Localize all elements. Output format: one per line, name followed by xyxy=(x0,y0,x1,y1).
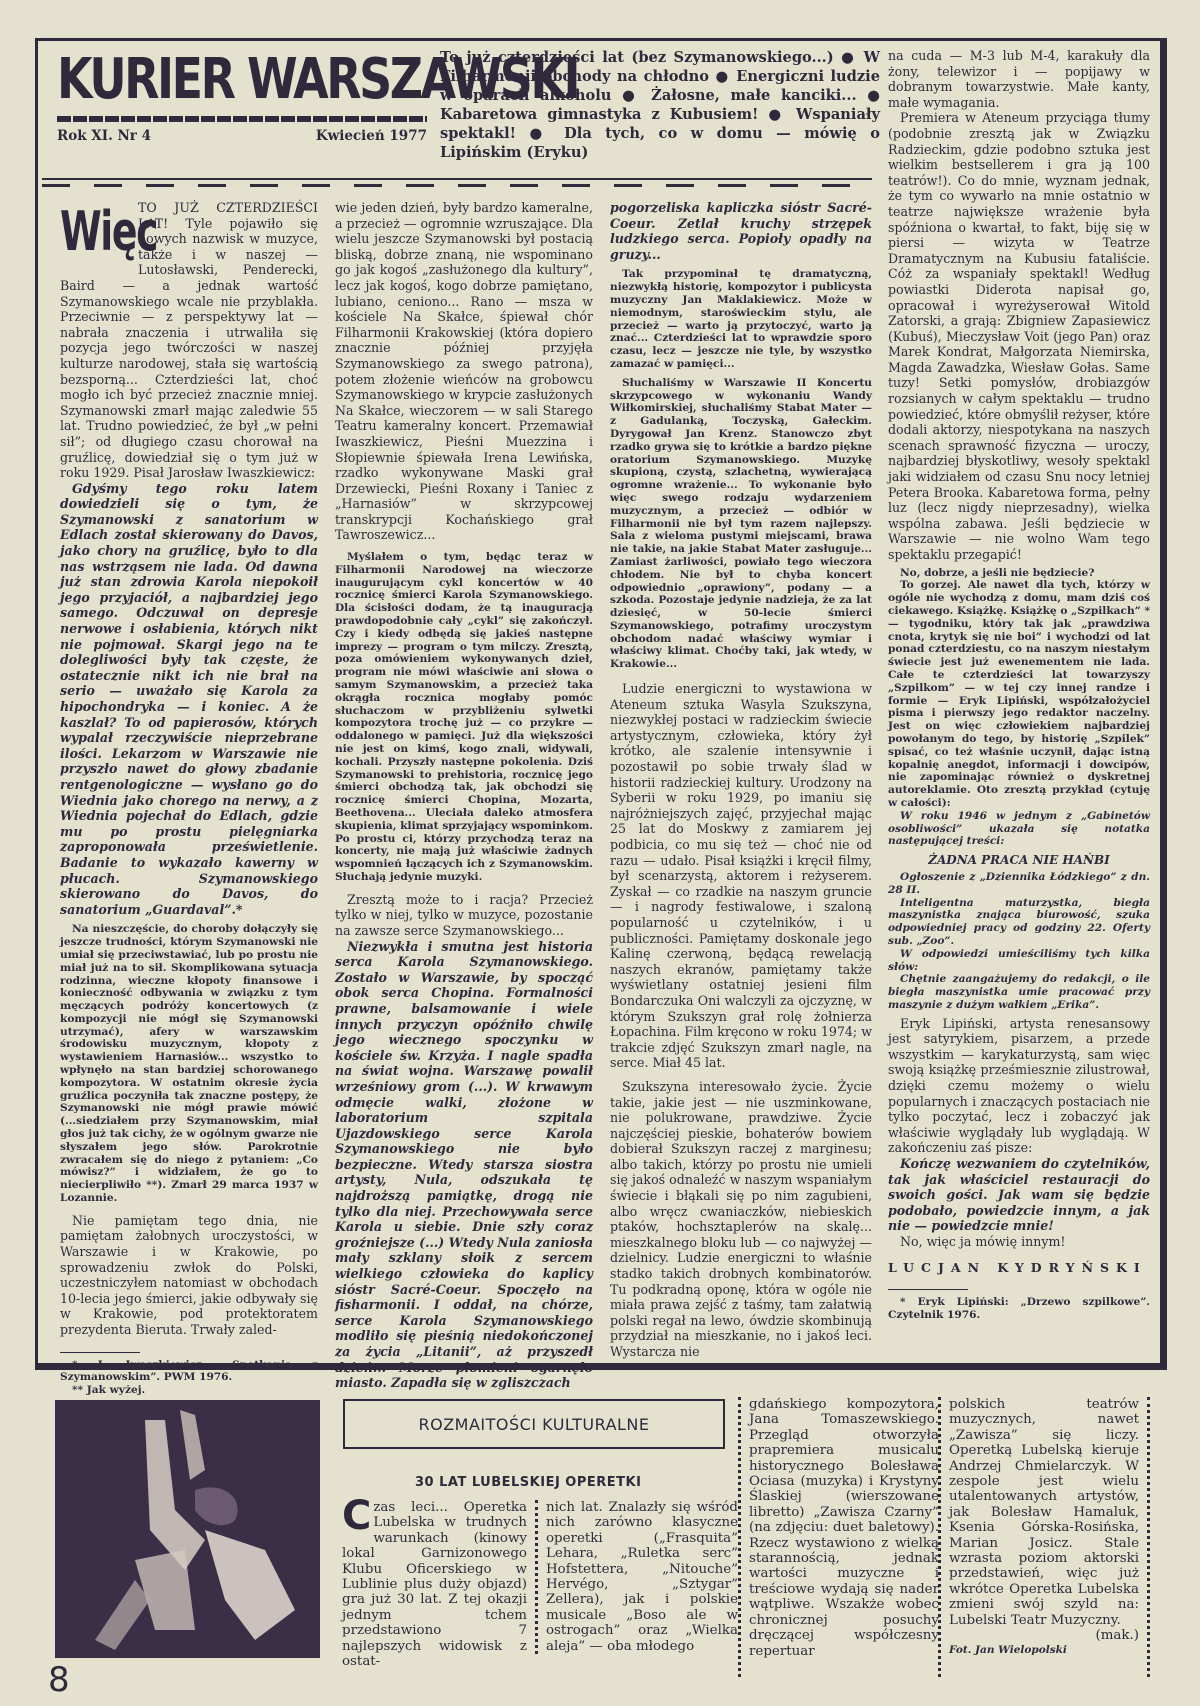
logo-underline xyxy=(57,116,427,122)
quote-small: Chętnie zaangażujemy do redakcji, o ile … xyxy=(888,973,1150,1011)
ballet-photo xyxy=(55,1400,320,1658)
issue-date: Kwiecień 1977 xyxy=(316,128,427,144)
dropcap-c: C xyxy=(342,1500,371,1532)
section-column-4: polskich teatrów muzycznych, nawet „Zawi… xyxy=(938,1397,1150,1677)
article-paragraph: Nie pamiętam tego dnia, nie pamiętam żał… xyxy=(60,1213,318,1338)
article-paragraph: na cuda — M-3 lub M-4, karakuły dla żony… xyxy=(888,48,1150,110)
section-column-2: nich lat. Znalazły się wśród nich zarówn… xyxy=(535,1500,738,1654)
author-signature: LUCJAN KYDRYŃSKI xyxy=(888,1260,1150,1276)
footnote-1: * J. Iwaszkiewicz: „Spotkania z Szymanow… xyxy=(60,1359,318,1385)
article-paragraph: wie jeden dzień, były bardzo kameralne, … xyxy=(335,200,593,543)
article-column-4: na cuda — M-3 lub M-4, karakuły dla żony… xyxy=(888,48,1150,1322)
footnote-2: ** Jak wyżej. xyxy=(60,1384,318,1397)
masthead: KURIER WARSZAWSKI Rok XI. Nr 4 Kwiecień … xyxy=(57,50,427,144)
section-column-3: gdańskiego kompozytora, Jana Tomaszewski… xyxy=(738,1397,939,1677)
section-subhead: 30 LAT LUBELSKIEJ OPERETKI xyxy=(415,1475,641,1490)
newspaper-logo: KURIER WARSZAWSKI xyxy=(57,50,360,110)
heart-story-quote-end: pogorzeliska kapliczka sióstr Sacré-Coeu… xyxy=(610,200,872,262)
footnote-rule xyxy=(888,1289,968,1290)
section-title: ROZMAITOŚCI KULTURALNE xyxy=(343,1399,725,1449)
article-paragraph: Ludzie energiczni to wystawiona w Ateneu… xyxy=(610,681,872,1071)
article-small-text: No, dobrze, a jeśli nie będziecie? xyxy=(888,567,1150,580)
iwaszkiewicz-quote: Gdyśmy tego roku latem dowiedzieli się o… xyxy=(60,481,318,918)
quote-small: W odpowiedzi umieściliśmy tych kilka słó… xyxy=(888,948,1150,974)
lipinski-quote: Kończę wezwaniem do czytelników, tak jak… xyxy=(888,1156,1150,1234)
article-paragraph: Premiera w Ateneum przyciąga tłumy (podo… xyxy=(888,110,1150,562)
article-paragraph: Szukszyna interesowało życie. Życie taki… xyxy=(610,1079,872,1360)
ballet-dancers-image xyxy=(55,1400,320,1658)
article-column-1: Więc TO JUŻ CZTERDZIEŚCI LAT! Tyle pojaw… xyxy=(60,200,318,1397)
quote-small: Ogłoszenie z „Dziennika Łódzkiego” z dn.… xyxy=(888,871,1150,897)
footnote-rule xyxy=(60,1352,140,1353)
article-paragraph: Eryk Lipiński, artysta renesansowy jest … xyxy=(888,1016,1150,1156)
quote-small: W roku 1946 w jednym z „Gabinetów osobli… xyxy=(888,810,1150,848)
issue-number: Rok XI. Nr 4 xyxy=(57,128,151,144)
article-small-text: Tak przypominał tę dramatyczną, niezwykł… xyxy=(610,268,872,370)
article-column-3: pogorzeliska kapliczka sióstr Sacré-Coeu… xyxy=(610,200,872,1360)
page-number: 8 xyxy=(48,1660,70,1700)
section-text: nich lat. Znalazły się wśród nich zarówn… xyxy=(546,1500,738,1654)
heart-story-quote: Niezwykła i smutna jest historia serca K… xyxy=(335,939,593,1391)
section-author: (mak.) xyxy=(949,1628,1139,1643)
dropcap-wiec: Więc xyxy=(60,200,109,264)
headline-summary: To już czterdzieści lat (bez Szymanowski… xyxy=(440,48,880,162)
quote-small: Inteligentna maturzystka, biegła maszyni… xyxy=(888,897,1150,948)
masthead-rule xyxy=(42,178,872,188)
article-paragraph: No, więc ja mówię innym! xyxy=(888,1234,1150,1250)
article-small-text: Słuchaliśmy w Warszawie II Koncertu skrz… xyxy=(610,377,872,671)
section-column-1: C zas leci... Operetka Lubelska w trudny… xyxy=(342,1500,527,1669)
section-text: polskich teatrów muzycznych, nawet „Zawi… xyxy=(949,1397,1139,1628)
article-small-text: Na nieszczęście, do choroby dołączyły si… xyxy=(60,923,318,1205)
footnote: * Eryk Lipiński: „Drzewo szpilkowe”. Czy… xyxy=(888,1296,1150,1322)
article-paragraph: Zresztą może to i racja? Przecież tylko … xyxy=(335,892,593,939)
quote-heading: ŻADNA PRACA NIE HAŃBI xyxy=(888,854,1150,867)
article-small-text: To gorzej. Ale nawet dla tych, którzy w … xyxy=(888,579,1150,809)
section-text: gdańskiego kompozytora, Jana Tomaszewski… xyxy=(749,1397,939,1659)
photo-credit: Fot. Jan Wielopolski xyxy=(949,1644,1139,1657)
article-column-2: wie jeden dzień, były bardzo kameralne, … xyxy=(335,200,593,1391)
article-small-text: Myślałem o tym, będąc teraz w Filharmoni… xyxy=(335,551,593,884)
